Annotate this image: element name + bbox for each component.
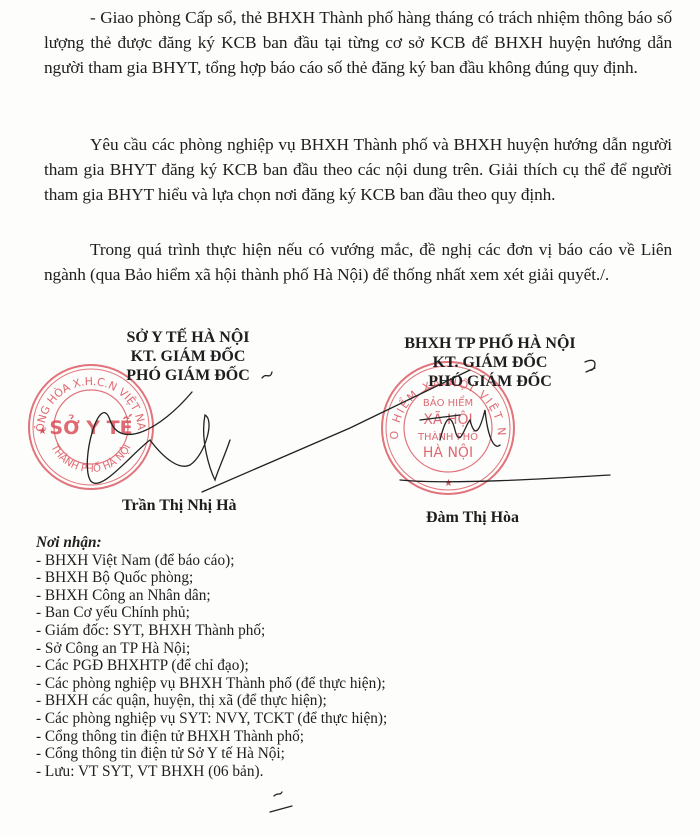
right-signature-block: BHXH TP PHỐ HÀ NỘI KT. GIÁM ĐỐC PHÓ GIÁM… [400,334,580,391]
right-organization: BHXH TP PHỐ HÀ NỘI [400,334,580,353]
paragraph-card-notification: - Giao phòng Cấp sổ, thẻ BHXH Thành phố … [44,5,672,80]
recipient-item: - Các phòng nghiệp vụ SYT: NVY, TCKT (để… [36,710,387,728]
right-position-line: PHÓ GIÁM ĐỐC [400,372,580,391]
recipient-item: - Ban Cơ yếu Chính phủ; [36,604,387,622]
svg-text:BẢO HIỂM: BẢO HIỂM [423,395,473,409]
recipient-item: - Cổng thông tin điện tử BHXH Thành phố; [36,728,387,746]
left-signer-name: Trần Thị Nhị Hà [122,497,237,515]
recipient-item: - Cổng thông tin điện tử Sở Y tế Hà Nội; [36,745,387,763]
left-signature-block: SỞ Y TẾ HÀ NỘI KT. GIÁM ĐỐC PHÓ GIÁM ĐỐC [108,328,268,385]
recipient-item: - BHXH Bộ Quốc phòng; [36,569,387,587]
recipient-item: - BHXH Việt Nam (để báo cáo); [36,552,387,570]
recipient-item: - Sở Công an TP Hà Nội; [36,640,387,658]
recipient-item: - Lưu: VT SYT, VT BHXH (06 bản). [36,763,387,781]
recipients-heading: Nơi nhận: [36,534,387,552]
recipient-item: - Các phòng nghiệp vụ BHXH Thành phố (để… [36,675,387,693]
recipients-items: - BHXH Việt Nam (để báo cáo);- BHXH Bộ Q… [36,552,387,781]
svg-text:★: ★ [38,426,47,437]
svg-text:XÃ HỘI: XÃ HỘI [423,410,472,428]
recipient-item: - Giám đốc: SYT, BHXH Thành phố; [36,622,387,640]
svg-text:★: ★ [444,478,453,489]
recipient-item: - Các PGĐ BHXHTP (để chỉ đạo); [36,657,387,675]
left-position-line: PHÓ GIÁM ĐỐC [108,366,268,385]
left-organization: SỞ Y TẾ HÀ NỘI [108,328,268,347]
svg-text:HÀ NỘI: HÀ NỘI [423,443,473,461]
left-title-line: KT. GIÁM ĐỐC [108,347,268,366]
recipient-item: - BHXH Công an Nhân dân; [36,587,387,605]
svg-text:SỞ Y TẾ: SỞ Y TẾ [49,413,132,439]
paragraph-issue-resolution: Trong quá trình thực hiện nếu có vướng m… [44,237,672,287]
right-signer-name: Đàm Thị Hòa [426,509,519,527]
recipients-list: Nơi nhận: - BHXH Việt Nam (để báo cáo);-… [36,534,387,780]
right-title-line: KT. GIÁM ĐỐC [400,353,580,372]
recipient-item: - BHXH các quận, huyện, thị xã (để thực … [36,692,387,710]
svg-text:THÀNH PHỐ HÀ NỘI: THÀNH PHỐ HÀ NỘI [48,442,134,475]
paragraph-guidance-request: Yêu cầu các phòng nghiệp vụ BHXH Thành p… [44,132,672,207]
svg-text:THÀNH PHỐ: THÀNH PHỐ [417,429,478,443]
